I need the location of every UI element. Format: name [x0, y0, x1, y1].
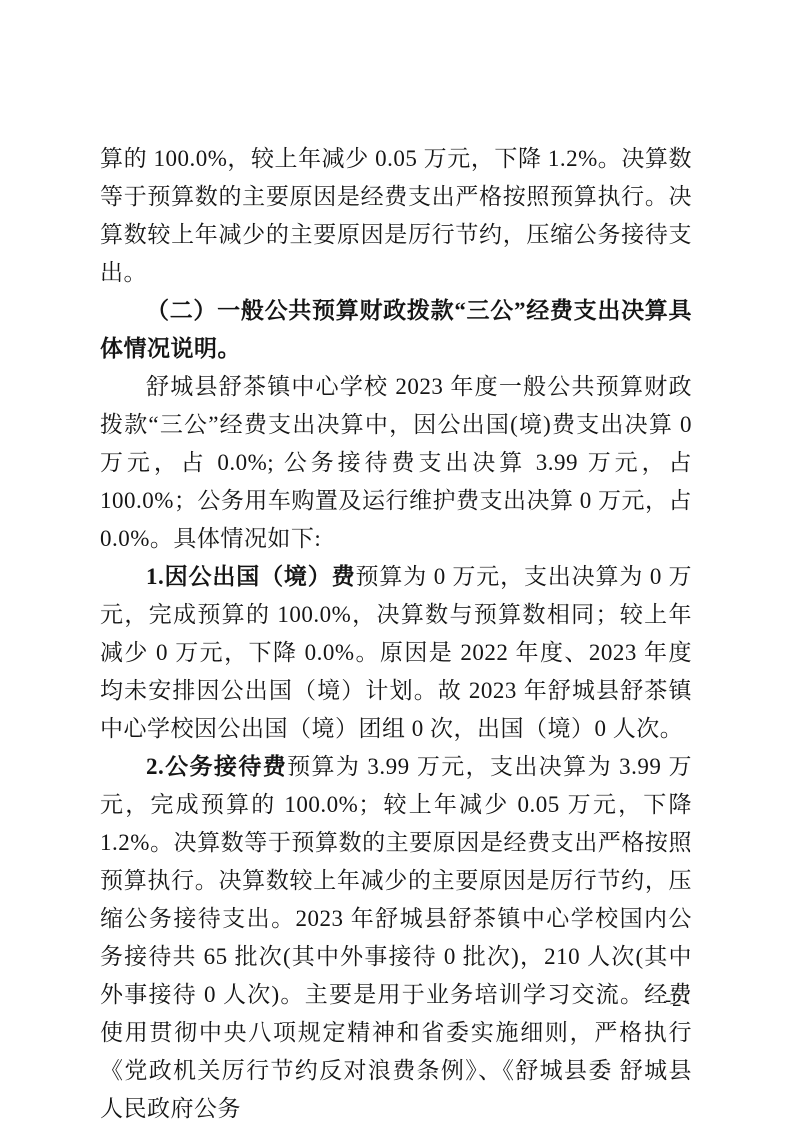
paragraph-continuation-text: 算的 100.0%，较上年减少 0.05 万元，下降 1.2%。决算数等于预算数… [100, 146, 692, 285]
paragraph-item-1-text: 预算为 0 万元，支出决算为 0 万元，完成预算的 100.0%，决算数与预算数… [100, 564, 692, 741]
paragraph-item-1-abroad-fee: 1.因公出国（境）费预算为 0 万元，支出决算为 0 万元，完成预算的 100.… [100, 558, 692, 748]
page-number: -2- [665, 990, 690, 1012]
paragraph-overview-text: 舒城县舒茶镇中心学校 2023 年度一般公共预算财政拨款“三公”经费支出决算中，… [100, 374, 692, 551]
paragraph-overview: 舒城县舒茶镇中心学校 2023 年度一般公共预算财政拨款“三公”经费支出决算中，… [100, 368, 692, 558]
paragraph-item-2-lead: 2.公务接待费 [146, 754, 287, 779]
document-body: 算的 100.0%，较上年减少 0.05 万元，下降 1.2%。决算数等于预算数… [100, 140, 692, 1122]
section-heading: （二）一般公共预算财政拨款“三公”经费支出决算具体情况说明。 [100, 292, 692, 368]
document-page: 算的 100.0%，较上年减少 0.05 万元，下降 1.2%。决算数等于预算数… [0, 0, 793, 1122]
paragraph-item-2-reception-fee: 2.公务接待费预算为 3.99 万元，支出决算为 3.99 万元，完成预算的 1… [100, 748, 692, 1122]
paragraph-continuation: 算的 100.0%，较上年减少 0.05 万元，下降 1.2%。决算数等于预算数… [100, 140, 692, 292]
paragraph-item-1-lead: 1.因公出国（境）费 [146, 564, 356, 589]
section-heading-text: （二）一般公共预算财政拨款“三公”经费支出决算具体情况说明。 [100, 298, 692, 361]
paragraph-item-2-text: 预算为 3.99 万元，支出决算为 3.99 万元，完成预算的 100.0%；较… [100, 754, 692, 1121]
